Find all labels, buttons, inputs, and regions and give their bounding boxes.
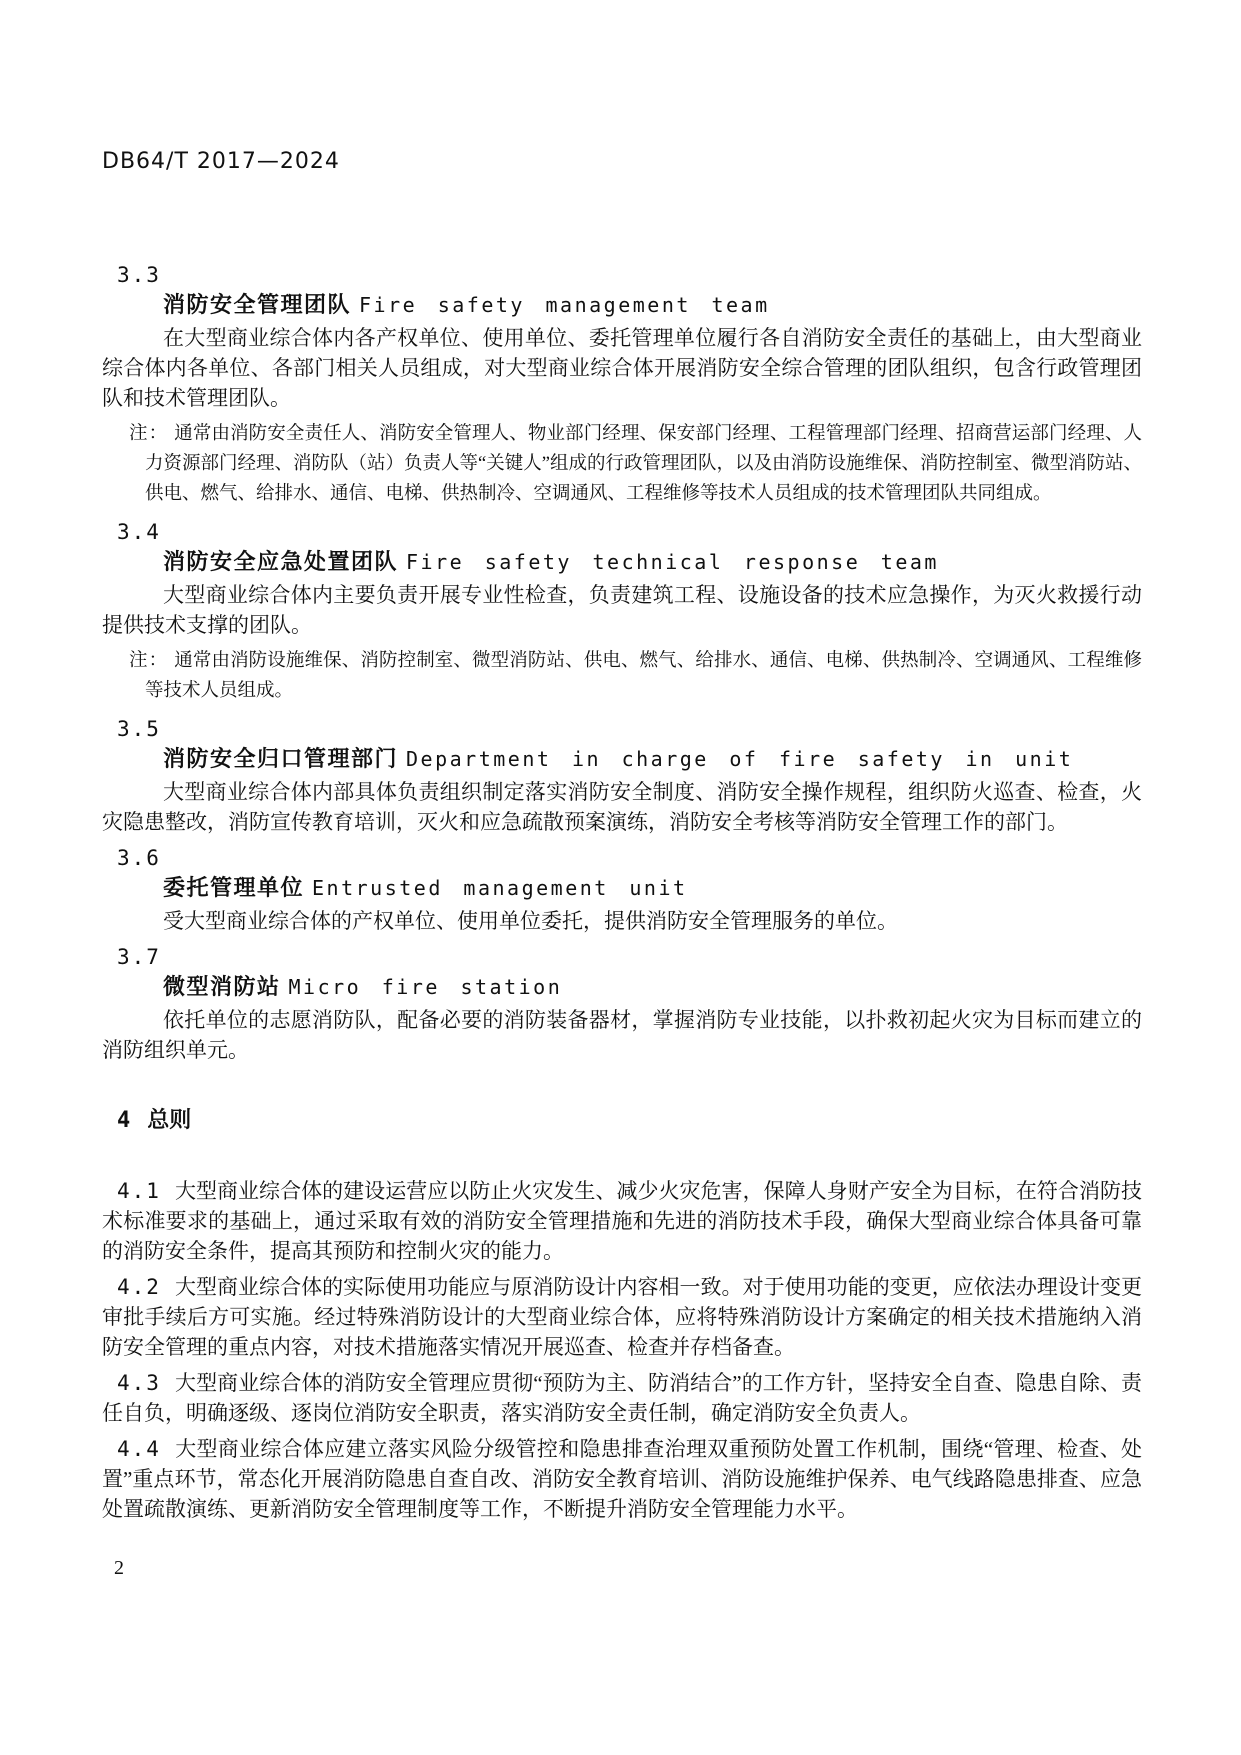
term-name-zh: 消防安全归口管理部门 bbox=[163, 746, 398, 771]
term-definition: 大型商业综合体内部具体负责组织制定落实消防安全制度、消防安全操作规程，组织防火巡… bbox=[102, 777, 1142, 837]
page-number: 2 bbox=[102, 1556, 1142, 1580]
note-text: 通常由消防安全责任人、消防安全管理人、物业部门经理、保安部门经理、工程管理部门经… bbox=[145, 424, 1142, 504]
chapter-heading: 4总则 bbox=[102, 1105, 1142, 1136]
clause-text: 大型商业综合体的实际使用功能应与原消防设计内容相一致。对于使用功能的变更，应依法… bbox=[102, 1275, 1142, 1359]
chapter-clauses: 4.1大型商业综合体的建设运营应以防止火灾发生、减少火灾危害，保障人身财产安全为… bbox=[102, 1176, 1142, 1524]
clause-4-2: 4.2大型商业综合体的实际使用功能应与原消防设计内容相一致。对于使用功能的变更，… bbox=[102, 1272, 1142, 1362]
term-name-en: Fire safety technical response team bbox=[406, 550, 939, 574]
term-name-zh: 消防安全应急处置团队 bbox=[163, 549, 398, 574]
term-note: 注：通常由消防安全责任人、消防安全管理人、物业部门经理、保安部门经理、工程管理部… bbox=[102, 419, 1142, 509]
term-definition: 在大型商业综合体内各产权单位、使用单位、委托管理单位履行各自消防安全责任的基础上… bbox=[102, 323, 1142, 413]
note-label: 注： bbox=[129, 424, 168, 444]
clause-number: 4.2 bbox=[117, 1275, 161, 1299]
clause-text: 大型商业综合体的消防安全管理应贯彻“预防为主、防消结合”的工作方针，坚持安全自查… bbox=[102, 1371, 1142, 1425]
chapter-number: 4 bbox=[117, 1108, 130, 1133]
note-label: 注： bbox=[129, 651, 168, 671]
clause-text: 大型商业综合体应建立落实风险分级管控和隐患排查治理双重预防处置工作机制，围绕“管… bbox=[102, 1437, 1142, 1521]
term-name-en: Micro fire station bbox=[289, 975, 563, 999]
term-heading: 消防安全归口管理部门Department in charge of fire s… bbox=[102, 744, 1142, 777]
term-name-zh: 委托管理单位 bbox=[163, 875, 304, 900]
chapter-title-text: 总则 bbox=[147, 1107, 191, 1132]
term-note: 注：通常由消防设施维保、消防控制室、微型消防站、供电、燃气、给排水、通信、电梯、… bbox=[102, 646, 1142, 706]
note-text: 通常由消防设施维保、消防控制室、微型消防站、供电、燃气、给排水、通信、电梯、供热… bbox=[145, 651, 1142, 701]
term-definition: 受大型商业综合体的产权单位、使用单位委托，提供消防安全管理服务的单位。 bbox=[102, 906, 1142, 936]
term-definition: 大型商业综合体内主要负责开展专业性检查，负责建筑工程、设施设备的技术应急操作，为… bbox=[102, 580, 1142, 640]
term-name-zh: 微型消防站 bbox=[163, 974, 281, 999]
term-section-3-3: 3.3 消防安全管理团队Fire safety management team … bbox=[102, 260, 1142, 509]
clause-text: 大型商业综合体的建设运营应以防止火灾发生、减少火灾危害，保障人身财产安全为目标，… bbox=[102, 1179, 1142, 1263]
term-name-zh: 消防安全管理团队 bbox=[163, 292, 351, 317]
term-number: 3.7 bbox=[102, 942, 1142, 972]
term-section-3-7: 3.7 微型消防站Micro fire station 依托单位的志愿消防队，配… bbox=[102, 942, 1142, 1065]
term-number: 3.4 bbox=[102, 517, 1142, 547]
term-section-3-4: 3.4 消防安全应急处置团队Fire safety technical resp… bbox=[102, 517, 1142, 706]
clause-4-4: 4.4大型商业综合体应建立落实风险分级管控和隐患排查治理双重预防处置工作机制，围… bbox=[102, 1434, 1142, 1524]
clause-number: 4.3 bbox=[117, 1371, 161, 1395]
term-heading: 委托管理单位Entrusted management unit bbox=[102, 873, 1142, 906]
clause-4-1: 4.1大型商业综合体的建设运营应以防止火灾发生、减少火灾危害，保障人身财产安全为… bbox=[102, 1176, 1142, 1266]
term-heading: 消防安全应急处置团队Fire safety technical response… bbox=[102, 547, 1142, 580]
term-name-en: Department in charge of fire safety in u… bbox=[406, 747, 1073, 771]
document-page: DB64/T 2017—2024 3.3 消防安全管理团队Fire safety… bbox=[0, 0, 1241, 1755]
clause-4-3: 4.3大型商业综合体的消防安全管理应贯彻“预防为主、防消结合”的工作方针，坚持安… bbox=[102, 1368, 1142, 1428]
term-heading: 消防安全管理团队Fire safety management team bbox=[102, 290, 1142, 323]
term-section-3-5: 3.5 消防安全归口管理部门Department in charge of fi… bbox=[102, 714, 1142, 837]
term-name-en: Entrusted management unit bbox=[312, 876, 688, 900]
clause-number: 4.4 bbox=[117, 1437, 161, 1461]
term-heading: 微型消防站Micro fire station bbox=[102, 972, 1142, 1005]
document-code: DB64/T 2017—2024 bbox=[102, 150, 1142, 174]
term-number: 3.3 bbox=[102, 260, 1142, 290]
term-number: 3.6 bbox=[102, 843, 1142, 873]
term-number: 3.5 bbox=[102, 714, 1142, 744]
clause-number: 4.1 bbox=[117, 1179, 161, 1203]
term-definition: 依托单位的志愿消防队，配备必要的消防装备器材，掌握消防专业技能，以扑救初起火灾为… bbox=[102, 1005, 1142, 1065]
term-name-en: Fire safety management team bbox=[359, 293, 770, 317]
term-section-3-6: 3.6 委托管理单位Entrusted management unit 受大型商… bbox=[102, 843, 1142, 936]
